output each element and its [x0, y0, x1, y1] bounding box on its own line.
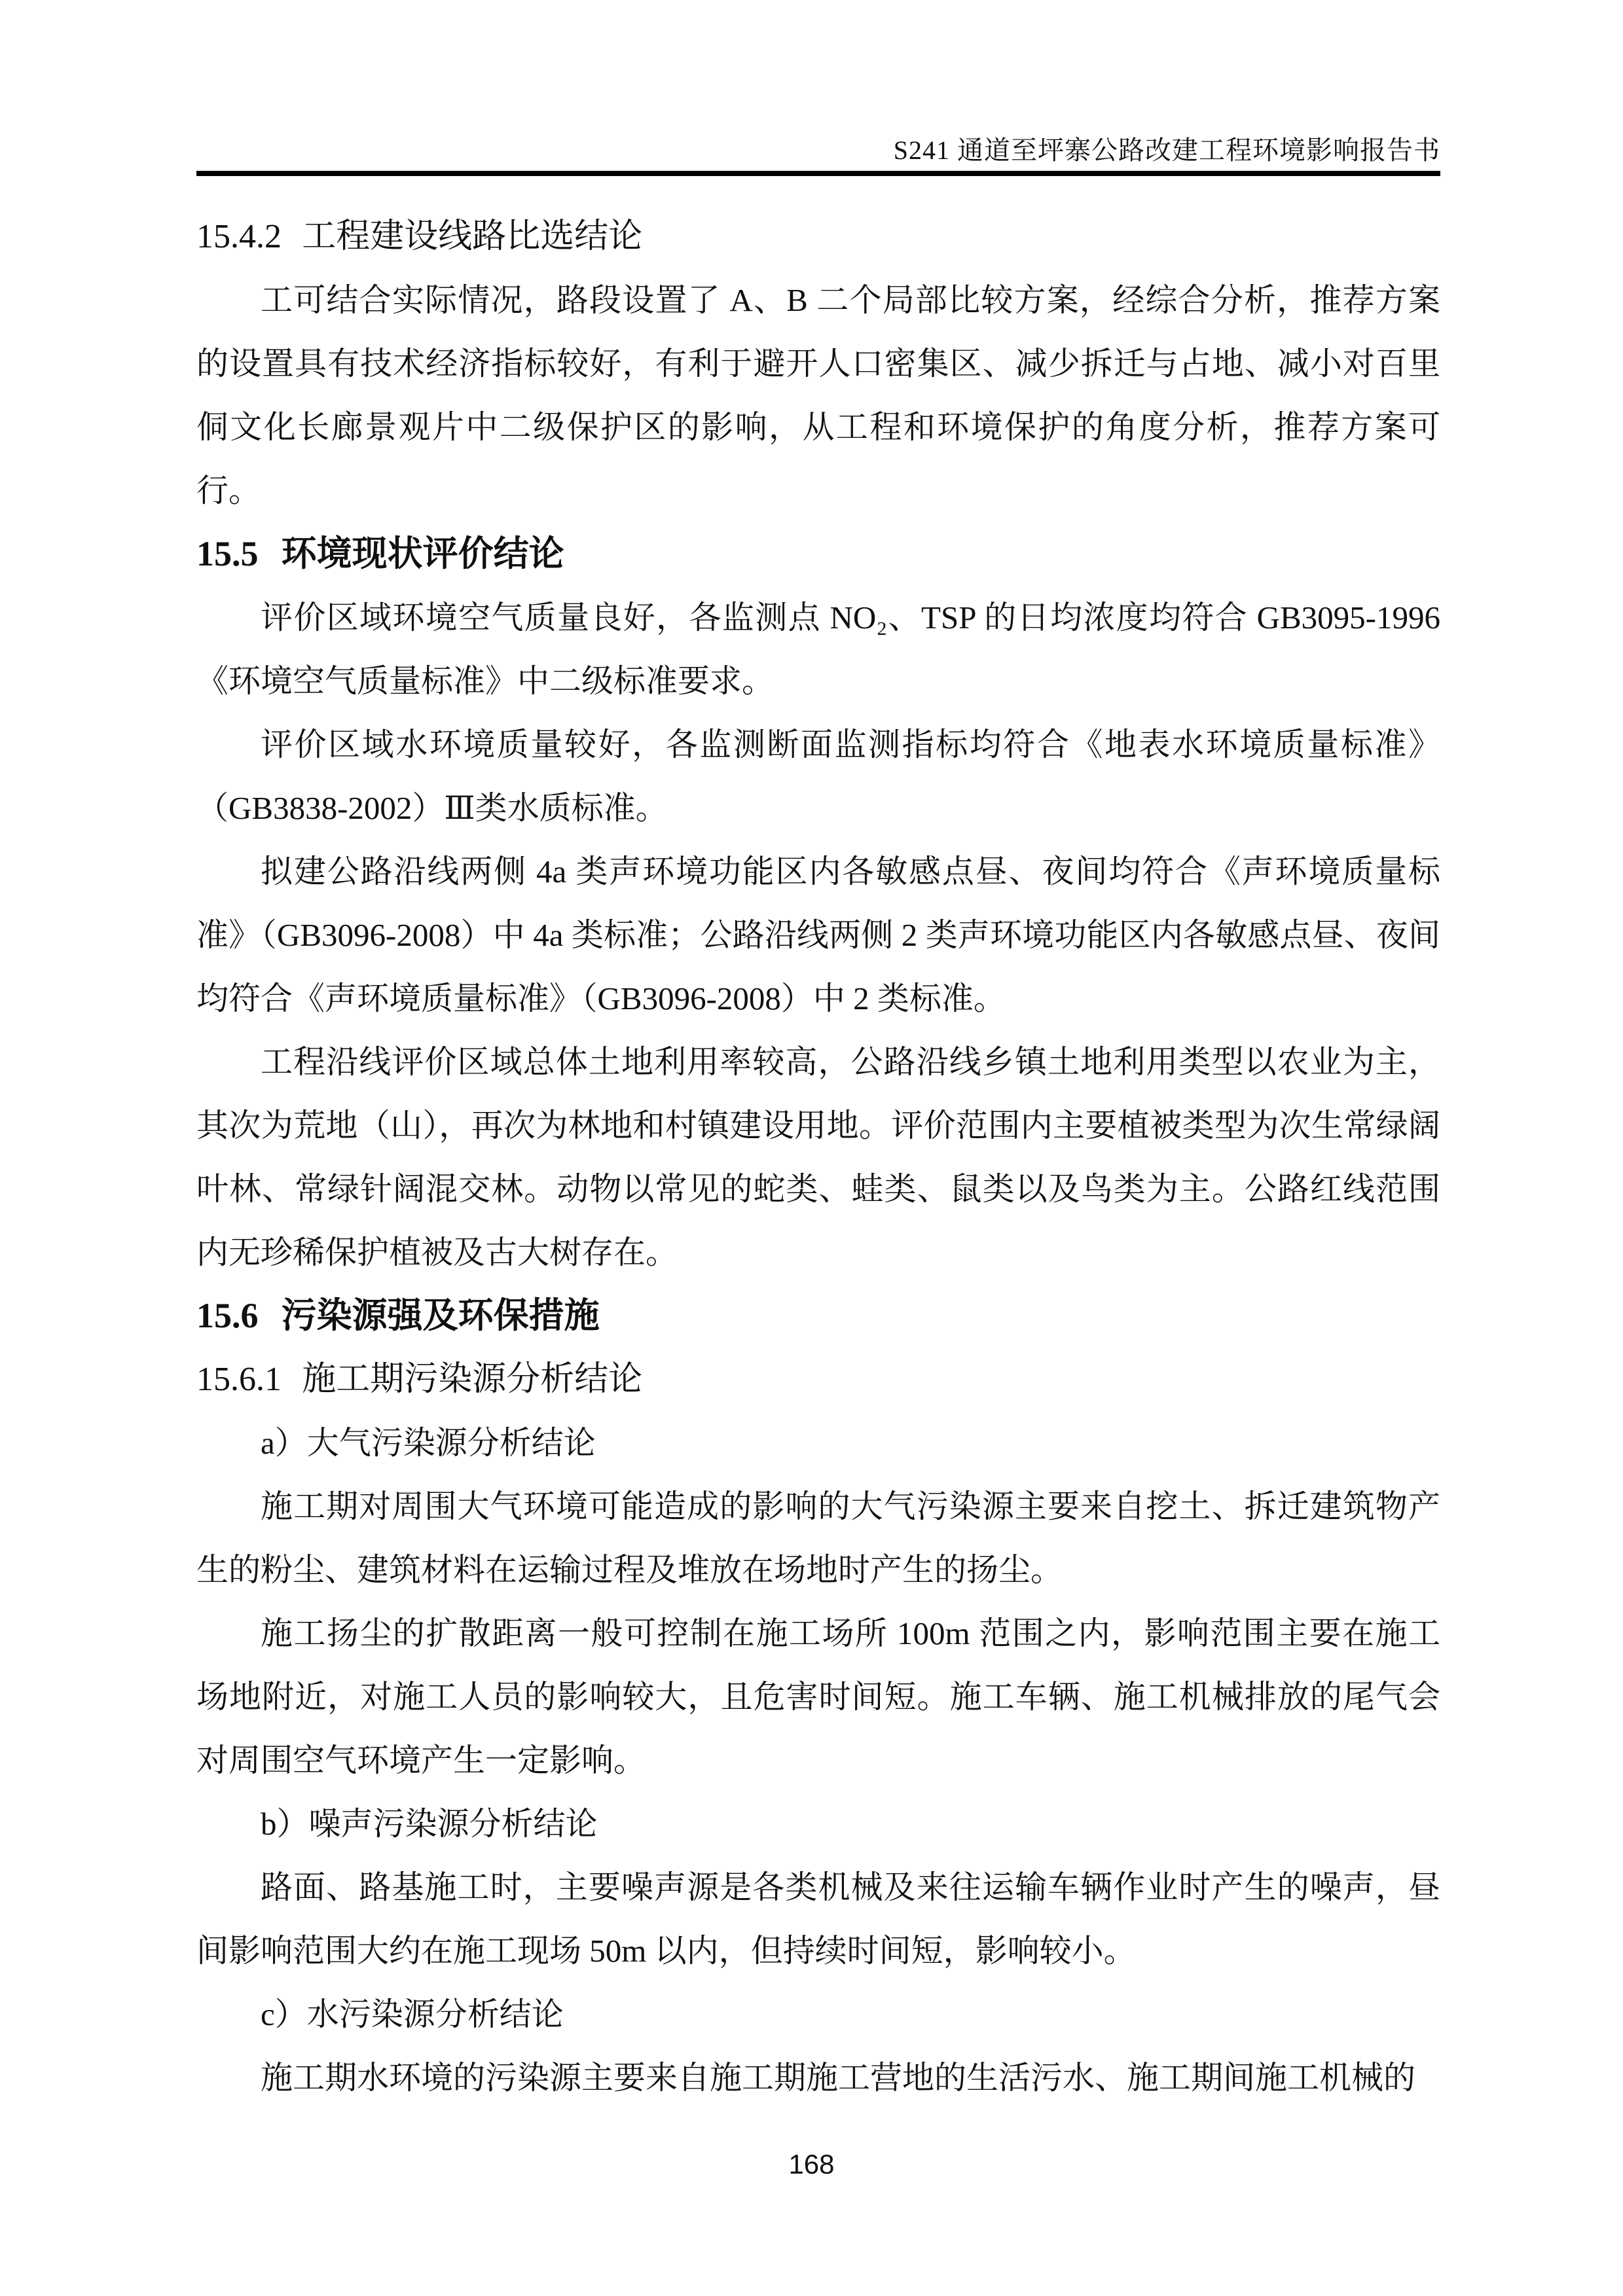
- subitem-c-water-pollution-heading: c）水污染源分析结论: [196, 1982, 1440, 2046]
- section-number: 15.6: [196, 1296, 259, 1335]
- header-divider: [196, 171, 1440, 176]
- section-title: 环境现状评价结论: [282, 534, 564, 573]
- section-number: 15.4.2: [196, 218, 282, 255]
- section-heading-15-5: 15.5环境现状评价结论: [196, 522, 1440, 586]
- report-header-title: S241 通道至坪寨公路改建工程环境影响报告书: [196, 134, 1440, 167]
- page-header: S241 通道至坪寨公路改建工程环境影响报告书: [196, 134, 1440, 176]
- paragraph-water-quality-status: 评价区域水环境质量较好，各监测断面监测指标均符合《地表水环境质量标准》（GB38…: [196, 713, 1440, 840]
- document-page: S241 通道至坪寨公路改建工程环境影响报告书 15.4.2工程建设线路比选结论…: [0, 0, 1623, 2296]
- section-heading-15-4-2: 15.4.2工程建设线路比选结论: [196, 205, 1440, 268]
- paragraph-route-comparison: 工可结合实际情况，路段设置了 A、B 二个局部比较方案，经综合分析，推荐方案的设…: [196, 268, 1440, 522]
- section-heading-15-6: 15.6污染源强及环保措施: [196, 1284, 1440, 1348]
- paragraph-land-use-ecology: 工程沿线评价区域总体土地利用率较高，公路沿线乡镇土地利用类型以农业为主，其次为荒…: [196, 1030, 1440, 1284]
- section-number: 15.6.1: [196, 1361, 282, 1398]
- paragraph-construction-water-sources: 施工期水环境的污染源主要来自施工期施工营地的生活污水、施工期间施工机械的: [196, 2046, 1440, 2109]
- paragraph-construction-air-sources: 施工期对周围大气环境可能造成的影响的大气污染源主要来自挖土、拆迁建筑物产生的粉尘…: [196, 1475, 1440, 1602]
- subitem-b-noise-pollution-heading: b）噪声污染源分析结论: [196, 1792, 1440, 1856]
- section-title: 施工期污染源分析结论: [302, 1361, 642, 1398]
- paragraph-construction-noise: 路面、路基施工时，主要噪声源是各类机械及来往运输车辆作业时产生的噪声，昼间影响范…: [196, 1856, 1440, 1982]
- subitem-a-air-pollution-heading: a）大气污染源分析结论: [196, 1411, 1440, 1475]
- paragraph-noise-status: 拟建公路沿线两侧 4a 类声环境功能区内各敏感点昼、夜间均符合《声环境质量标准》…: [196, 840, 1440, 1030]
- section-heading-15-6-1: 15.6.1施工期污染源分析结论: [196, 1348, 1440, 1411]
- section-title: 污染源强及环保措施: [282, 1296, 600, 1335]
- section-title: 工程建设线路比选结论: [302, 218, 642, 255]
- paragraph-air-quality-status: 评价区域环境空气质量良好，各监测点 NO₂、TSP 的日均浓度均符合 GB309…: [196, 586, 1440, 713]
- section-number: 15.5: [196, 534, 259, 573]
- page-number: 168: [0, 2148, 1623, 2181]
- paragraph-dust-dispersion: 施工扬尘的扩散距离一般可控制在施工场所 100m 范围之内，影响范围主要在施工场…: [196, 1602, 1440, 1792]
- document-body: 15.4.2工程建设线路比选结论 工可结合实际情况，路段设置了 A、B 二个局部…: [196, 205, 1440, 2109]
